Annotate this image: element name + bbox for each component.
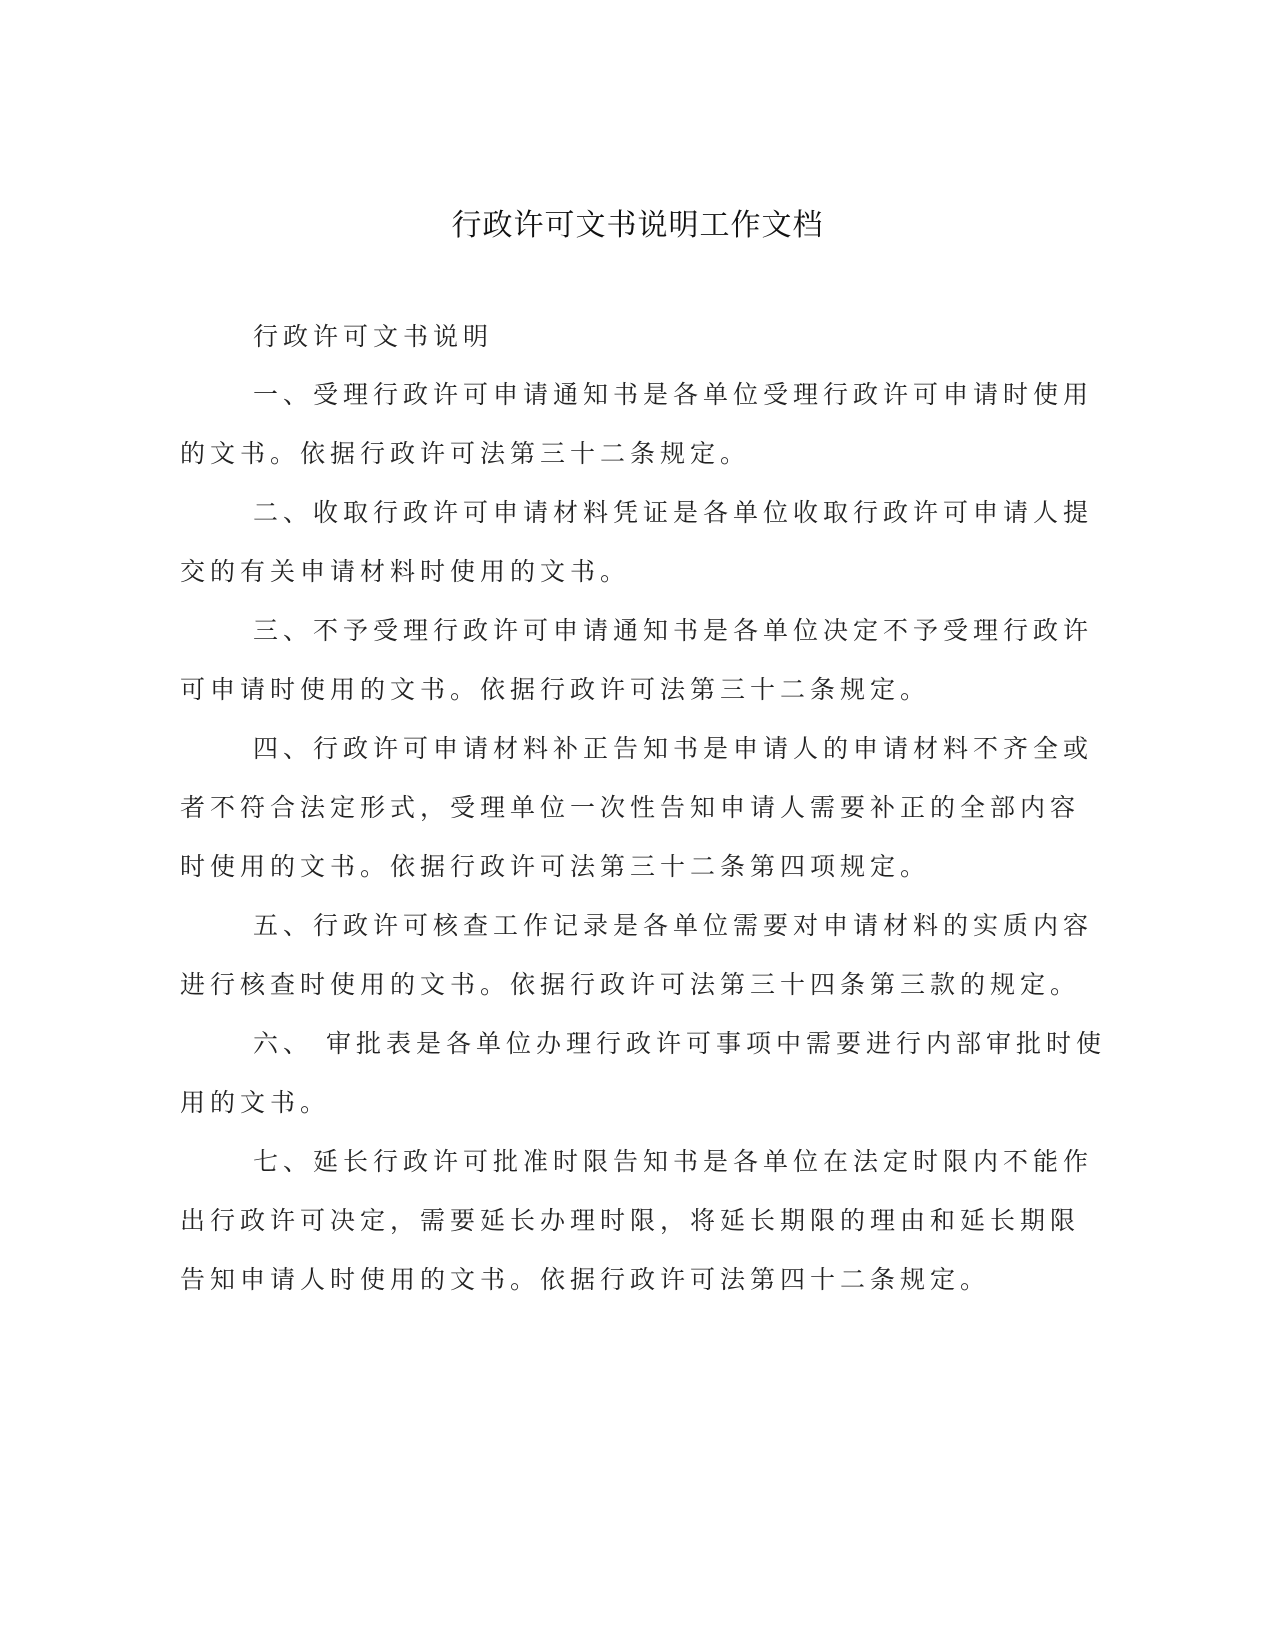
document-title: 行政许可文书说明工作文档 bbox=[0, 206, 1275, 246]
paragraph-2-line-2: 交的有关申请材料时使用的文书。 bbox=[180, 555, 630, 589]
paragraph-6-line-2: 用的文书。 bbox=[180, 1086, 330, 1120]
section-heading: 行政许可文书说明 bbox=[253, 320, 493, 354]
paragraph-5-line-1: 五、行政许可核查工作记录是各单位需要对申请材料的实质内容 bbox=[253, 909, 1093, 943]
paragraph-7-line-3: 告知申请人时使用的文书。依据行政许可法第四十二条规定。 bbox=[180, 1263, 990, 1297]
paragraph-1-line-2: 的文书。依据行政许可法第三十二条规定。 bbox=[180, 437, 750, 471]
paragraph-4-line-3: 时使用的文书。依据行政许可法第三十二条第四项规定。 bbox=[180, 850, 930, 884]
paragraph-3-line-2: 可申请时使用的文书。依据行政许可法第三十二条规定。 bbox=[180, 673, 930, 707]
paragraph-6-line-1: 六、 审批表是各单位办理行政许可事项中需要进行内部审批时使 bbox=[253, 1027, 1106, 1061]
document-page: 行政许可文书说明工作文档 行政许可文书说明 一、受理行政许可申请通知书是各单位受… bbox=[0, 0, 1275, 1650]
paragraph-4-line-2: 者不符合法定形式，受理单位一次性告知申请人需要补正的全部内容 bbox=[180, 791, 1080, 825]
paragraph-3-line-1: 三、不予受理行政许可申请通知书是各单位决定不予受理行政许 bbox=[253, 614, 1093, 648]
paragraph-4-line-1: 四、行政许可申请材料补正告知书是申请人的申请材料不齐全或 bbox=[253, 732, 1093, 766]
paragraph-7-line-2: 出行政许可决定，需要延长办理时限，将延长期限的理由和延长期限 bbox=[180, 1204, 1080, 1238]
paragraph-7-line-1: 七、延长行政许可批准时限告知书是各单位在法定时限内不能作 bbox=[253, 1145, 1093, 1179]
paragraph-1-line-1: 一、受理行政许可申请通知书是各单位受理行政许可申请时使用 bbox=[253, 378, 1093, 412]
paragraph-2-line-1: 二、收取行政许可申请材料凭证是各单位收取行政许可申请人提 bbox=[253, 496, 1093, 530]
paragraph-5-line-2: 进行核查时使用的文书。依据行政许可法第三十四条第三款的规定。 bbox=[180, 968, 1080, 1002]
